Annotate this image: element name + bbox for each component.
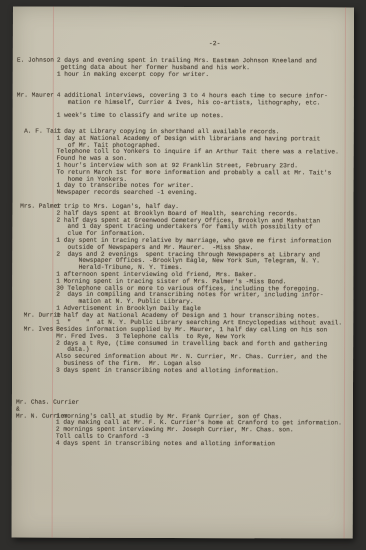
entry-person-name: Mrs. Palmer xyxy=(16,204,56,211)
entry-person-name: A. F. Tait xyxy=(17,129,57,136)
entry-person-name: Mr. Durrie xyxy=(16,313,56,320)
entry-person-name: Mr. Ives xyxy=(16,327,56,334)
entries-container: E. Johnson 2 days and evening spent in t… xyxy=(12,7,354,539)
entry-person-name: Mr. Chas. Currier & Mr. N. Currier xyxy=(16,400,56,420)
entry-content: 1 trip to Mrs. Logan's, half day. 2 half… xyxy=(56,204,346,314)
report-entry: Mr. Maurer 4 additional interviews, cove… xyxy=(17,93,347,121)
entry-content: 2 days and evening spent in trailing Mrs… xyxy=(57,58,347,79)
entry-content: 1 morning's call at studio by Mr. Frank … xyxy=(56,413,346,448)
report-entry: A. F. Tait 1 day at Library copying in s… xyxy=(17,129,347,198)
entry-content: 1 day at Library copying in shorthand al… xyxy=(57,129,347,198)
report-entry: E. Johnson 2 days and evening spent in t… xyxy=(17,58,347,79)
entry-person-name: Mr. Maurer xyxy=(17,93,57,100)
report-entry: Mr. Chas. Currier & Mr. N. Currier 1 mor… xyxy=(16,400,346,448)
entry-content: Besides information supplied by Mr. Maur… xyxy=(56,327,346,375)
document-page: -2- E. Johnson 2 days and evening spent … xyxy=(12,7,354,539)
entry-content: 4 additional interviews, covering 3 to 4… xyxy=(57,93,347,121)
entry-person-name: E. Johnson xyxy=(17,58,57,65)
scan-background: -2- E. Johnson 2 days and evening spent … xyxy=(0,0,366,550)
report-entry: Mrs. Palmer 1 trip to Mrs. Logan's, half… xyxy=(16,204,346,314)
report-entry: Mr. Ives Besides information supplied by… xyxy=(16,327,346,375)
